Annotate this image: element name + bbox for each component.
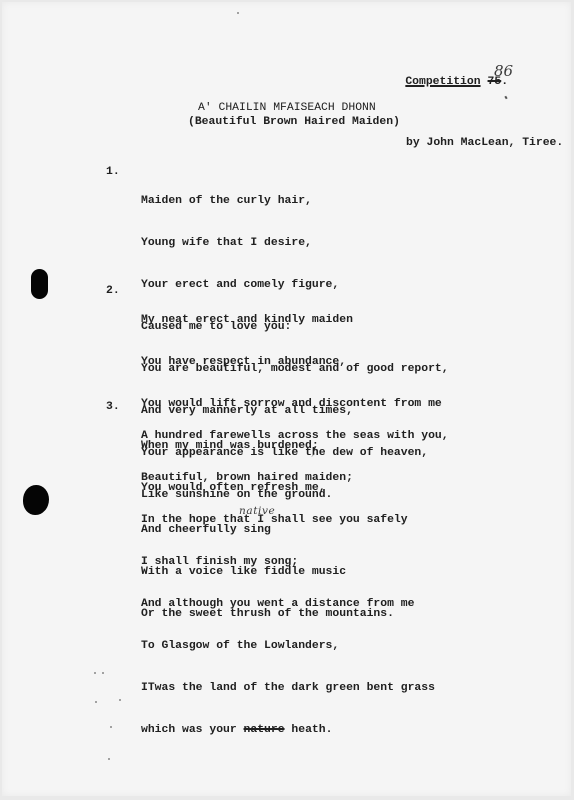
speck <box>119 699 121 701</box>
handwritten-competition-number: 86 <box>494 62 513 80</box>
speck <box>110 726 112 728</box>
stanza-number: 3. <box>106 401 120 413</box>
stanza-3: A hundred farewells across the seas with… <box>141 401 449 765</box>
punch-hole-bottom <box>23 485 49 515</box>
stanza-line: A hundred farewells across the seas with… <box>141 429 449 443</box>
speck <box>108 758 110 760</box>
title-english: (Beautiful Brown Haired Maiden) <box>188 116 400 128</box>
author-line: by John MacLean, Tiree. <box>406 137 563 149</box>
speck <box>95 701 97 703</box>
stanza-number: 1. <box>106 166 120 178</box>
speck <box>94 672 96 674</box>
stanza-line: ITwas the land of the dark green bent gr… <box>141 681 449 695</box>
stanza-line: Young wife that I desire, <box>141 236 449 250</box>
last-line-before: which was your <box>141 724 244 736</box>
stanza-line: My neat erect and kindly maiden <box>141 313 442 327</box>
stanza-line: In the hope that I shall see you safely <box>141 513 449 527</box>
stanza-line: Maiden of the curly hair, <box>141 194 449 208</box>
stanza-line: To Glasgow of the Lowlanders, <box>141 639 449 653</box>
speck <box>102 672 104 674</box>
stanza-line-last: which was your nature heath. <box>141 723 449 737</box>
stanza-number: 2. <box>106 285 120 297</box>
pencil-tick-mark: ⸝ <box>311 446 316 459</box>
stanza-line: You have respect in abundance, <box>141 355 442 369</box>
handwritten-correction: native <box>239 505 275 517</box>
title-gaelic: A' CHAILIN MFAISEACH DHONN <box>198 102 376 114</box>
last-line-after: heath. <box>285 724 333 736</box>
punch-hole-top <box>31 269 48 299</box>
competition-header: Competition75. <box>378 64 508 100</box>
speck <box>237 12 239 14</box>
stanza-line: And although you went a distance from me <box>141 597 449 611</box>
document-page: Competition75. 86 A' CHAILIN MFAISEACH D… <box>2 2 571 796</box>
stanza-line: Beautiful, brown haired maiden; <box>141 471 449 485</box>
competition-label: Competition <box>405 76 480 88</box>
struck-word: nature <box>244 724 285 736</box>
stanza-line: I shall finish my song; <box>141 555 449 569</box>
